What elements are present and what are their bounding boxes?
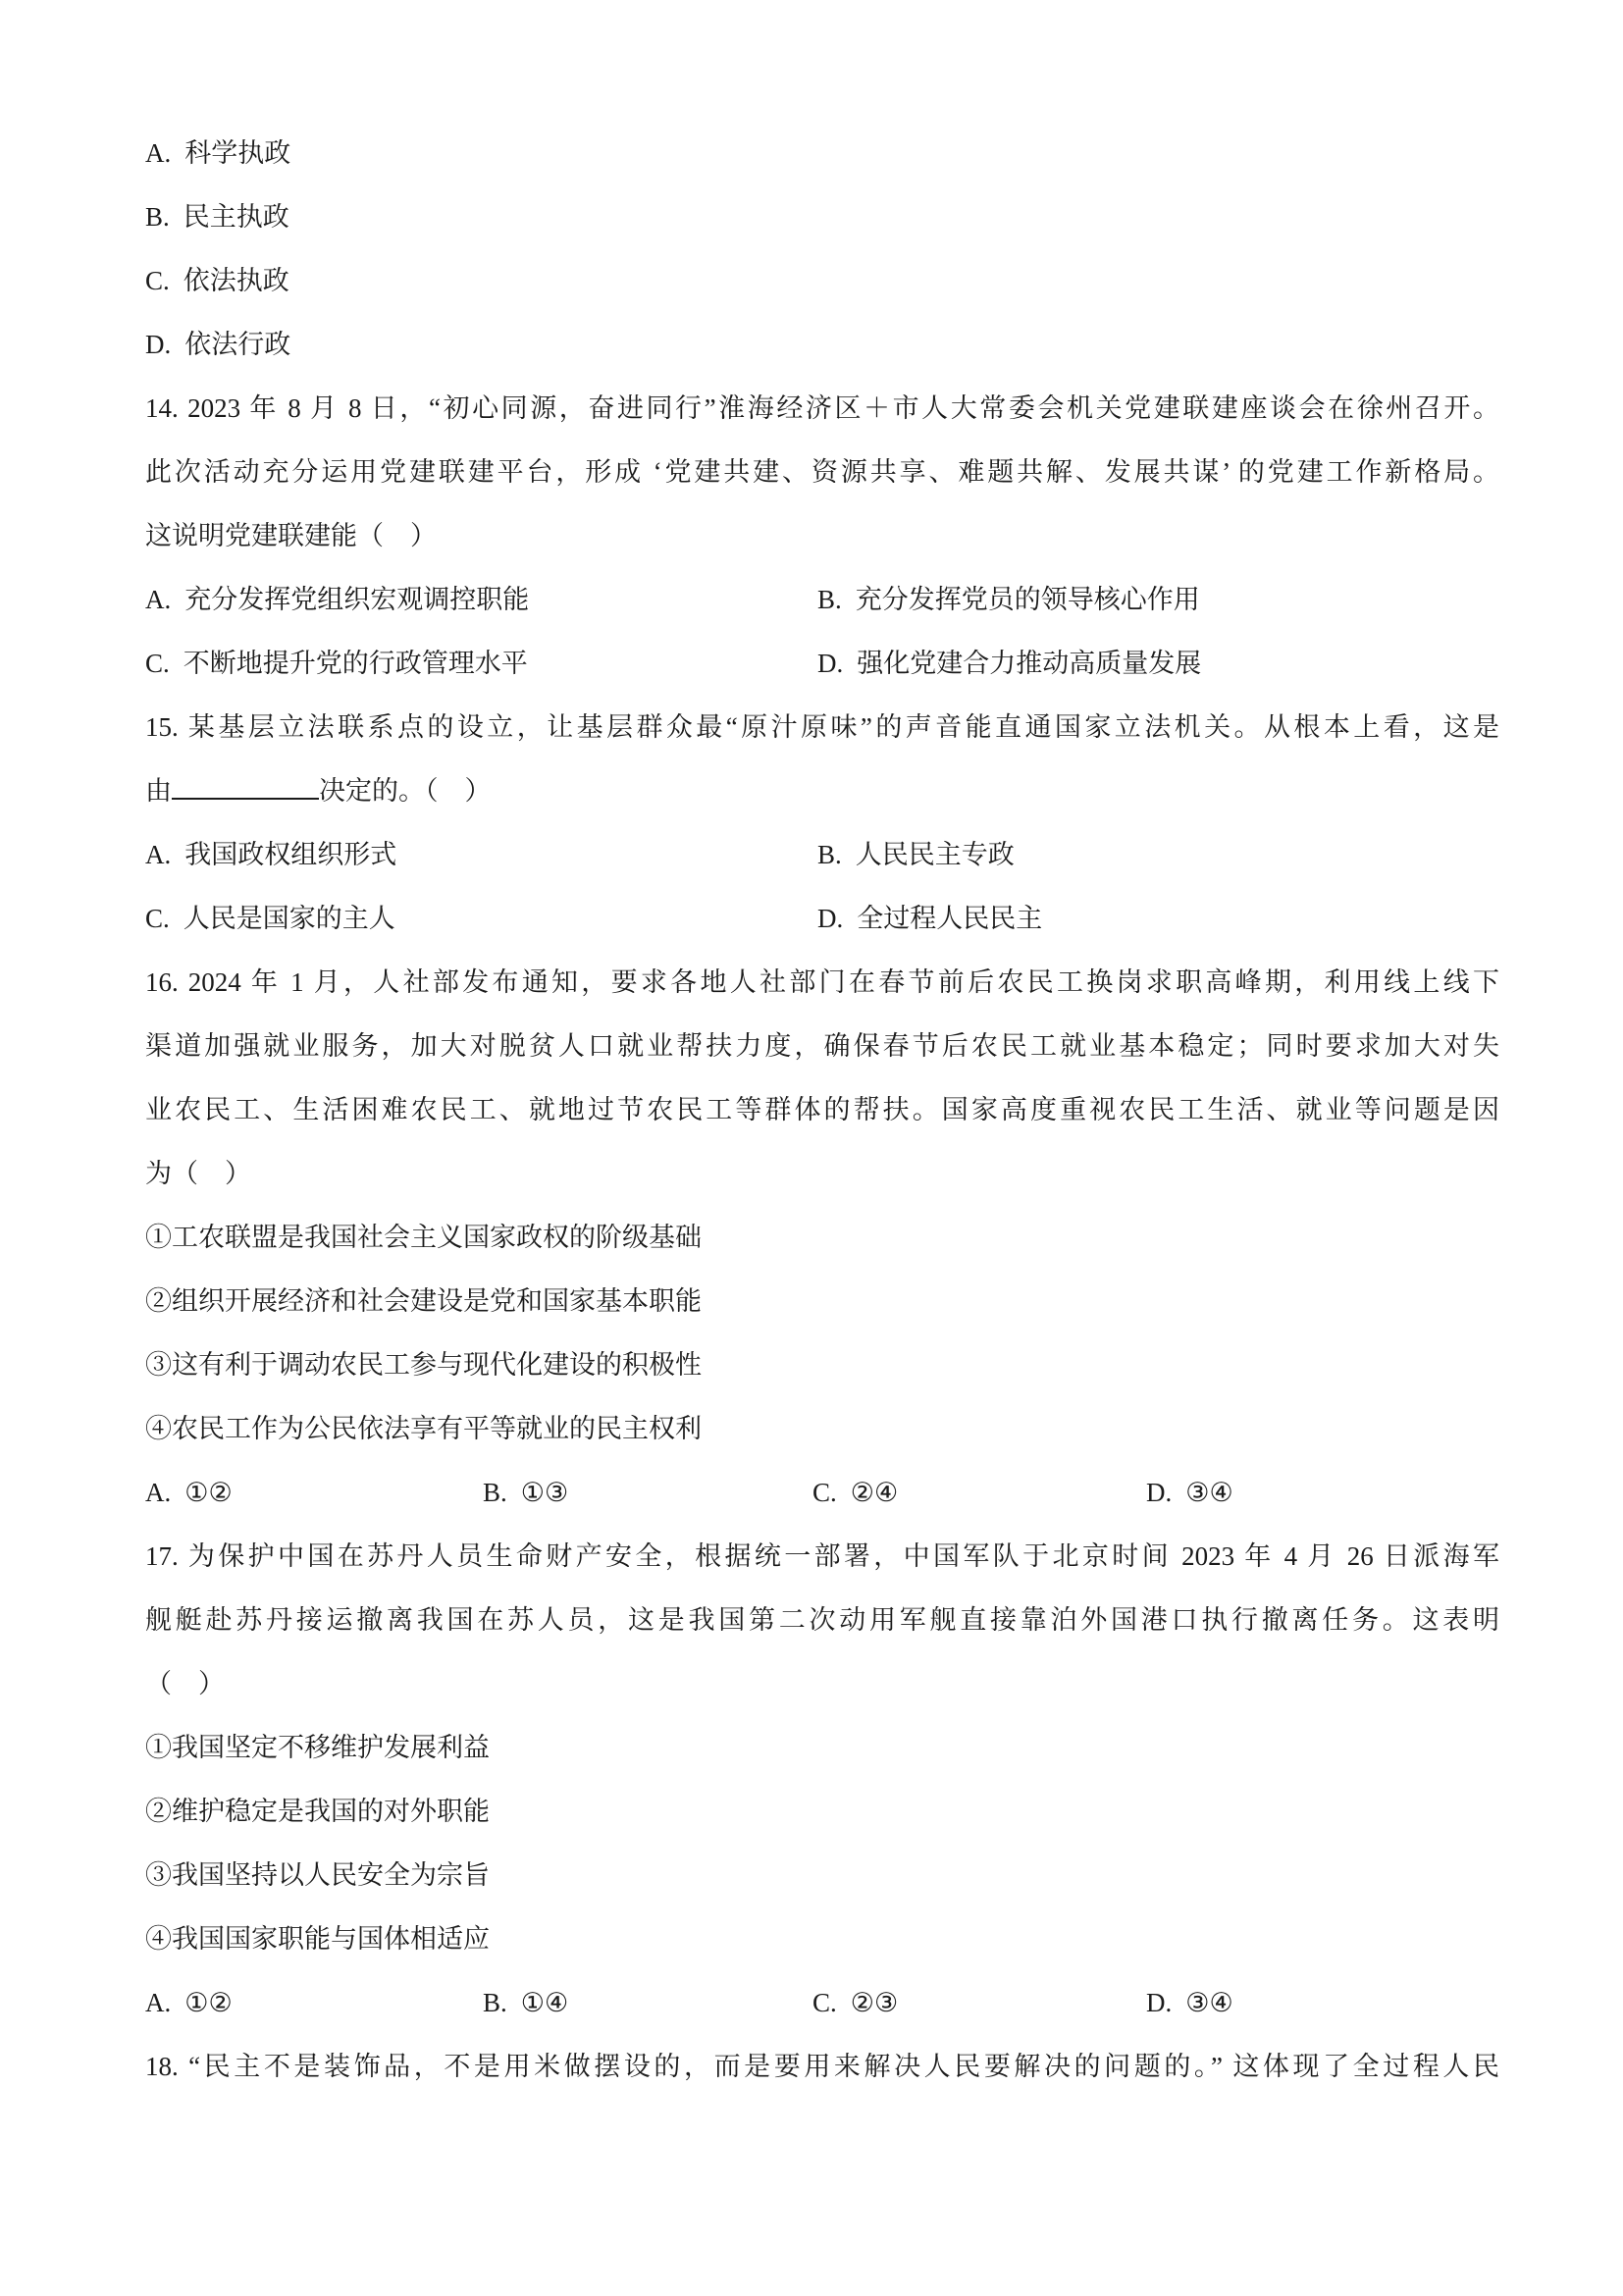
q16-stem-line-3: 业农民工、生活困难农民工、就地过节农民工等群体的帮扶。国家高度重视农民工生活、就… bbox=[145, 1078, 1499, 1142]
option-text: 依法执政 bbox=[183, 266, 289, 295]
option-text: 人民是国家的主人 bbox=[183, 904, 395, 933]
option-text: ①③ bbox=[521, 1478, 568, 1507]
option-text: 强化党建合力推动高质量发展 bbox=[857, 649, 1201, 678]
q14-options-row-1: A.充分发挥党组织宏观调控职能 B.充分发挥党员的领导核心作用 bbox=[145, 568, 1499, 632]
option-text: ①② bbox=[184, 1478, 232, 1507]
q15-option-a: A.我国政权组织形式 bbox=[145, 823, 817, 887]
q13-option-c: C.依法执政 bbox=[145, 249, 1499, 313]
option-text: 不断地提升党的行政管理水平 bbox=[183, 649, 528, 678]
option-label: C. bbox=[812, 1988, 837, 2017]
option-text: ③④ bbox=[1185, 1478, 1232, 1507]
option-label: D. bbox=[817, 904, 843, 933]
q16-stem-line-2: 渠道加强就业服务，加大对脱贫人口就业帮扶力度，确保春节后农民工就业基本稳定；同时… bbox=[145, 1015, 1499, 1078]
option-label: B. bbox=[483, 1478, 507, 1507]
option-label: A. bbox=[145, 1988, 171, 2017]
q15-options-row-2: C.人民是国家的主人 D.全过程人民民主 bbox=[145, 887, 1499, 951]
q17-stem-line-1: 17. 为保护中国在苏丹人员生命财产安全，根据统一部署，中国军队于北京时间 20… bbox=[145, 1525, 1499, 1589]
option-label: B. bbox=[817, 585, 842, 614]
q14-options-row-2: C.不断地提升党的行政管理水平 D.强化党建合力推动高质量发展 bbox=[145, 632, 1499, 696]
option-text: 科学执政 bbox=[184, 138, 290, 168]
q14-stem-line-1: 14. 2023 年 8 月 8 日，“初心同源，奋进同行”淮海经济区＋市人大常… bbox=[145, 377, 1499, 441]
q17-option-b: B.①④ bbox=[483, 1971, 812, 2035]
option-label: B. bbox=[145, 202, 170, 232]
option-label: D. bbox=[1146, 1988, 1172, 2017]
q17-options-row: A.①② B.①④ C.②③ D.③④ bbox=[145, 1971, 1499, 2035]
option-text: 全过程人民民主 bbox=[857, 904, 1042, 933]
option-text: ③④ bbox=[1185, 1988, 1232, 2017]
fill-in-blank-line bbox=[172, 768, 319, 800]
q14-option-b: B.充分发挥党员的领导核心作用 bbox=[817, 568, 1499, 632]
q17-option-d: D.③④ bbox=[1146, 1971, 1499, 2035]
q15-stem-line-2: 由决定的。（ ） bbox=[145, 759, 1499, 823]
q17-item-4: ④我国国家职能与国体相适应 bbox=[145, 1907, 1499, 1971]
option-label: D. bbox=[1146, 1478, 1172, 1507]
q16-stem-line-1: 16. 2024 年 1 月，人社部发布通知，要求各地人社部门在春节前后农民工换… bbox=[145, 951, 1499, 1015]
option-label: B. bbox=[817, 840, 842, 869]
q16-stem-line-4: 为（ ） bbox=[145, 1142, 1499, 1206]
q16-option-d: D.③④ bbox=[1146, 1461, 1499, 1525]
option-text: ②④ bbox=[851, 1478, 898, 1507]
q16-options-row: A.①② B.①③ C.②④ D.③④ bbox=[145, 1461, 1499, 1525]
option-label: D. bbox=[145, 330, 171, 359]
q16-item-1: ①工农联盟是我国社会主义国家政权的阶级基础 bbox=[145, 1206, 1499, 1270]
option-label: C. bbox=[812, 1478, 837, 1507]
q17-stem-line-2: 舰艇赴苏丹接运撤离我国在苏人员，这是我国第二次动用军舰直接靠泊外国港口执行撤离任… bbox=[145, 1589, 1499, 1652]
q15-option-b: B.人民民主专政 bbox=[817, 823, 1499, 887]
q15-option-c: C.人民是国家的主人 bbox=[145, 887, 817, 951]
q15-blank-suffix: 决定的。（ ） bbox=[319, 776, 492, 806]
q16-option-a: A.①② bbox=[145, 1461, 483, 1525]
q13-option-b: B.民主执政 bbox=[145, 185, 1499, 249]
option-label: A. bbox=[145, 138, 171, 168]
option-text: 依法行政 bbox=[184, 330, 290, 359]
option-label: A. bbox=[145, 585, 171, 614]
q17-option-a: A.①② bbox=[145, 1971, 483, 2035]
q17-stem-line-3: （ ） bbox=[145, 1652, 1499, 1716]
q14-stem-line-3: 这说明党建联建能（ ） bbox=[145, 504, 1499, 568]
option-text: 充分发挥党员的领导核心作用 bbox=[856, 585, 1200, 614]
q18-stem-line-1: 18. “民主不是装饰品，不是用米做摆设的，而是要用来解决人民要解决的问题的。”… bbox=[145, 2035, 1499, 2099]
q15-blank-prefix: 由 bbox=[145, 776, 172, 806]
option-text: ①④ bbox=[521, 1988, 568, 2017]
option-label: C. bbox=[145, 904, 170, 933]
q16-item-2: ②组织开展经济和社会建设是党和国家基本职能 bbox=[145, 1270, 1499, 1333]
option-text: 民主执政 bbox=[183, 202, 289, 232]
q14-option-c: C.不断地提升党的行政管理水平 bbox=[145, 632, 817, 696]
option-text: ②③ bbox=[851, 1988, 898, 2017]
q14-option-d: D.强化党建合力推动高质量发展 bbox=[817, 632, 1499, 696]
q15-options-row-1: A.我国政权组织形式 B.人民民主专政 bbox=[145, 823, 1499, 887]
q16-option-c: C.②④ bbox=[812, 1461, 1146, 1525]
q17-item-3: ③我国坚持以人民安全为宗旨 bbox=[145, 1844, 1499, 1907]
q14-option-a: A.充分发挥党组织宏观调控职能 bbox=[145, 568, 817, 632]
option-label: C. bbox=[145, 266, 170, 295]
q17-option-c: C.②③ bbox=[812, 1971, 1146, 2035]
q16-item-3: ③这有利于调动农民工参与现代化建设的积极性 bbox=[145, 1333, 1499, 1397]
q16-item-4: ④农民工作为公民依法享有平等就业的民主权利 bbox=[145, 1397, 1499, 1461]
q15-stem-line-1: 15. 某基层立法联系点的设立，让基层群众最“原汁原味”的声音能直通国家立法机关… bbox=[145, 696, 1499, 759]
q16-option-b: B.①③ bbox=[483, 1461, 812, 1525]
q14-stem-line-2: 此次活动充分运用党建联建平台，形成 ‘党建共建、资源共享、难题共解、发展共谋’ … bbox=[145, 441, 1499, 504]
q13-option-d: D.依法行政 bbox=[145, 313, 1499, 377]
option-label: A. bbox=[145, 1478, 171, 1507]
option-label: D. bbox=[817, 649, 843, 678]
option-label: B. bbox=[483, 1988, 507, 2017]
option-text: ①② bbox=[184, 1988, 232, 2017]
option-label: A. bbox=[145, 840, 171, 869]
exam-page: A.科学执政 B.民主执政 C.依法执政 D.依法行政 14. 2023 年 8… bbox=[145, 122, 1499, 2099]
q17-item-2: ②维护稳定是我国的对外职能 bbox=[145, 1780, 1499, 1844]
option-text: 我国政权组织形式 bbox=[184, 840, 396, 869]
option-label: C. bbox=[145, 649, 170, 678]
q15-option-d: D.全过程人民民主 bbox=[817, 887, 1499, 951]
q17-item-1: ①我国坚定不移维护发展利益 bbox=[145, 1716, 1499, 1780]
option-text: 人民民主专政 bbox=[856, 840, 1015, 869]
q13-option-a: A.科学执政 bbox=[145, 122, 1499, 185]
option-text: 充分发挥党组织宏观调控职能 bbox=[184, 585, 529, 614]
